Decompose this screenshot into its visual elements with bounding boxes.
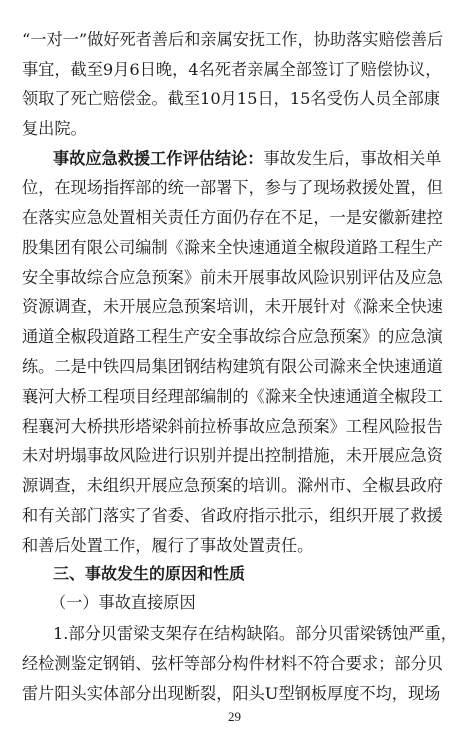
paragraph-2-line-1: 事故应急救援工作评估结论：事故发生后，事故相关单 (53, 148, 432, 170)
assessment-conclusion-text: 事故发生后，事故相关单 (263, 149, 441, 168)
paragraph-2-line-7: 通道全椒段道路工程生产安全事故综合应急预案》的应急演 (22, 326, 432, 348)
subsection-heading: （一）事故直接原因 (50, 592, 429, 614)
paragraph-2-line-10: 程襄河大桥拱形塔梁斜前拉桥事故应急预案》工程风险报告 (22, 416, 432, 438)
section-heading: 三、事故发生的原因和性质 (53, 563, 432, 585)
paragraph-2-line-13: 和有关部门落实了省委、省政府指示批示，组织开展了救援 (22, 505, 432, 527)
paragraph-3-line-3: 雷片阳头实体部分出现断裂，阳头U型钢板厚度不均，现场 (22, 683, 432, 705)
paragraph-2-line-14: 和善后处置工作，履行了事故处置责任。 (22, 535, 432, 557)
page-number: 29 (0, 708, 469, 726)
paragraph-2-line-3: 在落实应急处置相关责任方面仍存在不足，一是安徽新建控 (22, 207, 432, 229)
paragraph-2-line-9: 襄河大桥工程项目经理部编制的《滁来全快速通道全椒段工 (22, 386, 432, 408)
paragraph-3-line-2: 经检测鉴定钢销、弦杆等部分构件材料不符合要求；部分贝 (22, 653, 432, 675)
paragraph-2-line-6: 资源调查，未开展应急预案培训，未开展针对《滁来全快速 (22, 296, 432, 318)
paragraph-2-line-8: 练。二是中铁四局集团钢结构建筑有限公司滁来全快速通道 (22, 356, 432, 378)
paragraph-1-line-3: 领取了死亡赔偿金。截至10月15日，15名受伤人员全部康 (22, 88, 432, 110)
paragraph-2-line-12: 源调查，未组织开展应急预案的培训。滁州市、全椒县政府 (22, 475, 432, 497)
paragraph-2-line-11: 未对坍塌事故风险进行识别并提出控制措施，未开展应急资 (22, 445, 432, 467)
assessment-conclusion-label: 事故应急救援工作评估结论： (53, 149, 263, 168)
paragraph-1-line-1: “一对一”做好死者善后和亲属安抚工作，协助落实赔偿善后 (22, 29, 432, 51)
paragraph-2-line-4: 股集团有限公司编制《滁来全快速通道全椒段道路工程生产 (22, 237, 432, 259)
paragraph-2-line-2: 位，在现场指挥部的统一部署下，参与了现场救援处置，但 (22, 177, 432, 199)
paragraph-3-line-1: 1.部分贝雷梁支架存在结构缺陷。部分贝雷梁锈蚀严重， (53, 623, 432, 645)
document-page: “一对一”做好死者善后和亲属安抚工作，协助落实赔偿善后 事宜，截至9月6日晚，4… (0, 0, 469, 738)
paragraph-1-line-4: 复出院。 (22, 118, 432, 140)
paragraph-2-line-5: 安全事故综合应急预案》前未开展事故风险识别评估及应急 (22, 267, 432, 289)
paragraph-1-line-2: 事宜，截至9月6日晚，4名死者亲属全部签订了赔偿协议， (22, 59, 432, 81)
